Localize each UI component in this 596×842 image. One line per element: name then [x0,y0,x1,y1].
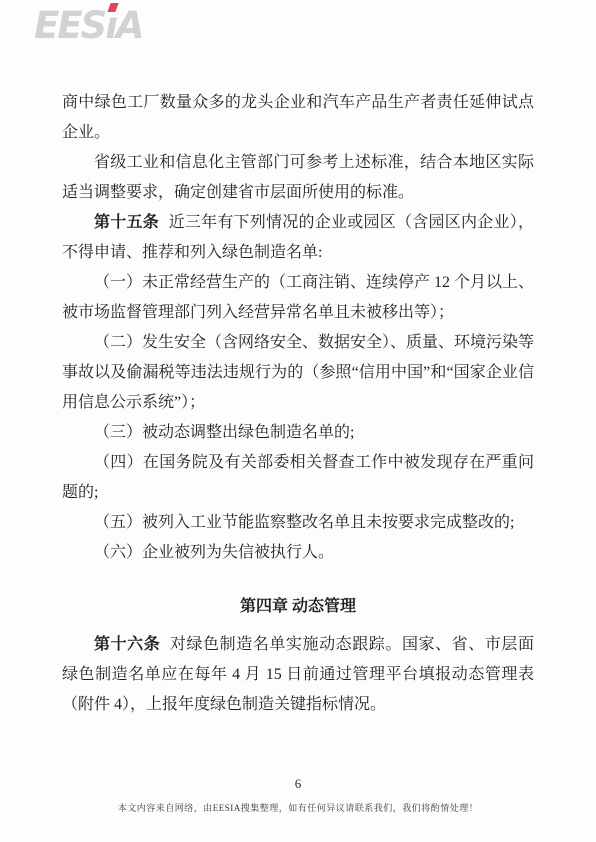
logo-letter-i: ı [105,4,116,47]
article-15-number: 第十五条 [94,214,159,231]
paragraph-article-16: 第十六条对绿色制造名单实施动态跟踪。国家、省、市层面绿色制造名单应在每年 4 月… [62,630,534,720]
eesia-logo: EESıA [34,4,143,47]
list-item-1: （一）未正常经营生产的（工商注销、连续停产 12 个月以上、被市场监督管理部门列… [62,268,534,328]
article-16-number: 第十六条 [94,636,160,653]
page-number: 6 [0,776,596,792]
list-item-5: （五）被列入工业节能监察整改名单且未按要求完成整改的; [62,508,534,538]
document-body: 商中绿色工厂数量众多的龙头企业和汽车产品生产者责任延伸试点企业。 省级工业和信息… [62,88,534,720]
list-item-4: （四）在国务院及有关部委相关督查工作中被发现存在严重问题的; [62,448,534,508]
logo-text-pre: EES [34,4,105,47]
list-item-3: （三）被动态调整出绿色制造名单的; [62,418,534,448]
paragraph-continuation: 商中绿色工厂数量众多的龙头企业和汽车产品生产者责任延伸试点企业。 [62,88,534,148]
paragraph-article-15: 第十五条近三年有下列情况的企业或园区（含园区内企业），不得申请、推荐和列入绿色制… [62,208,534,268]
list-item-2: （二）发生安全（含网络安全、数据安全）、质量、环境污染等事故以及偷漏税等违法违规… [62,328,534,418]
logo-text-post: A [116,4,143,47]
document-page: EESıA 商中绿色工厂数量众多的龙头企业和汽车产品生产者责任延伸试点企业。 省… [0,0,596,842]
footer-note: 本文内容来自网络，由EESIA搜集整理，如有任何异议请联系我们，我们将酌情处理！ [0,801,596,814]
paragraph-province-standard: 省级工业和信息化主管部门可参考上述标准，结合本地区实际适当调整要求，确定创建省市… [62,148,534,208]
list-item-6: （六）企业被列为失信被执行人。 [62,538,534,568]
chapter-heading: 第四章 动态管理 [62,592,534,622]
